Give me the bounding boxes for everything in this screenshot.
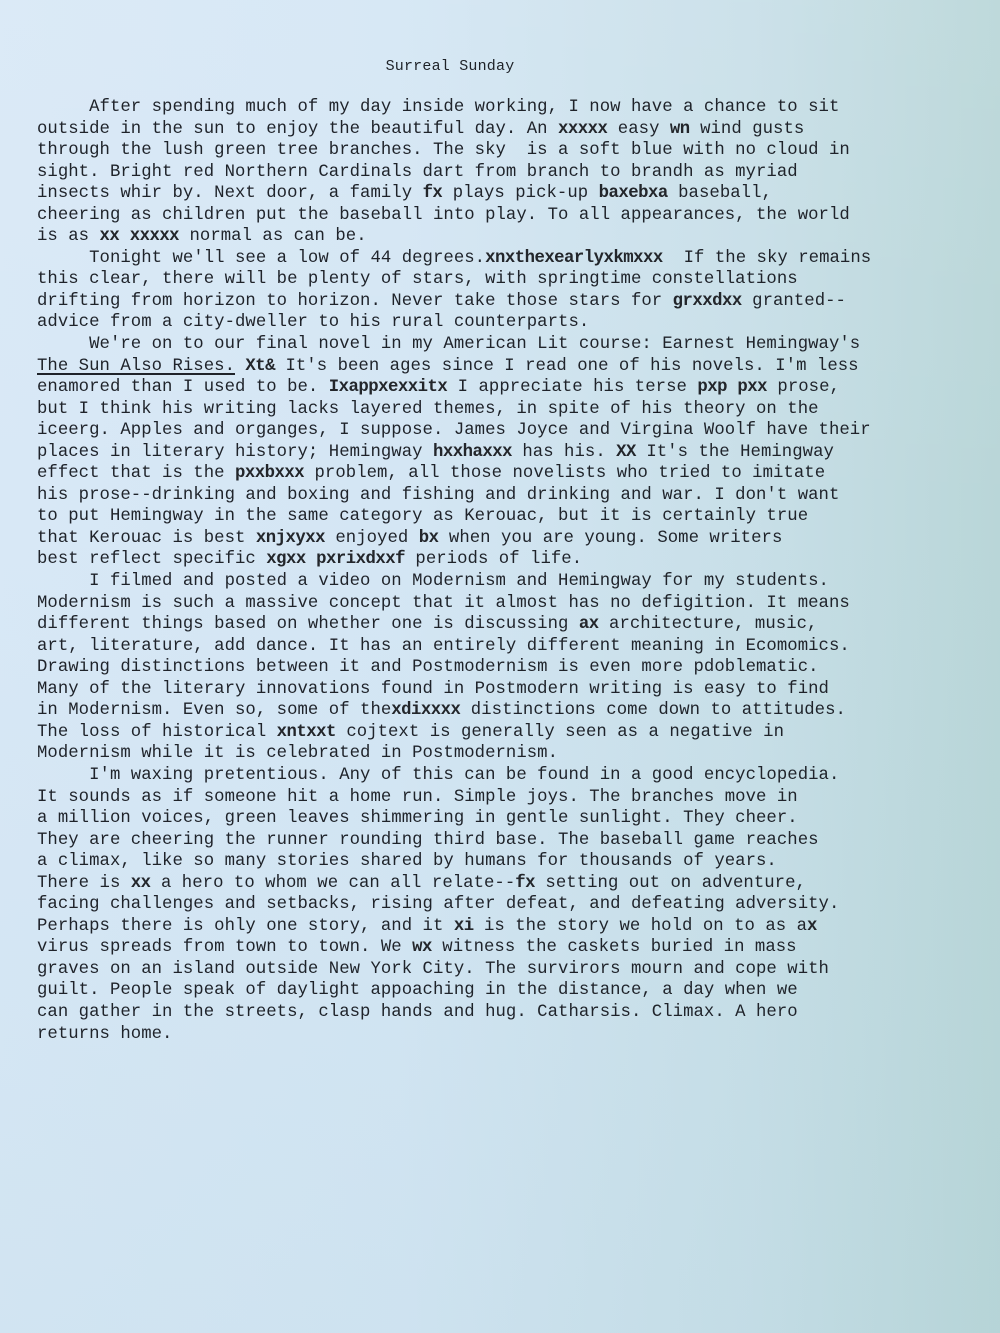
text-run: easy [607, 120, 670, 139]
text-run [119, 227, 129, 246]
struck-out-text: pxp [697, 378, 727, 397]
text-run: to put Hemingway in the same category as… [37, 507, 808, 526]
text-line: this clear, there will be plenty of star… [37, 269, 997, 291]
text-line: advice from a city-dweller to his rural … [37, 312, 997, 334]
struck-out-text: xgxx [266, 550, 305, 569]
struck-out-text: pxx [737, 378, 767, 397]
text-run: is as [37, 227, 100, 246]
text-line: I filmed and posted a video on Modernism… [37, 571, 997, 593]
text-run: It's the Hemingway [636, 443, 834, 462]
text-run: a climax, like so many stories shared by… [37, 852, 777, 871]
document-title: Surreal Sunday [0, 58, 900, 75]
text-line: that Kerouac is best xnjxyxx enjoyed bx … [37, 528, 997, 550]
text-run: virus spreads from town to town. We [37, 938, 412, 957]
text-line: sight. Bright red Northern Cardinals dar… [37, 162, 997, 184]
text-run: sight. Bright red Northern Cardinals dar… [37, 163, 798, 182]
text-line: Perhaps there is ohly one story, and it … [37, 916, 997, 938]
text-line: but I think his writing lacks layered th… [37, 399, 997, 421]
text-line: Many of the literary innovations found i… [37, 679, 997, 701]
text-run: I filmed and posted a video on Modernism… [37, 572, 829, 591]
text-line: in Modernism. Even so, some of thexdixxx… [37, 700, 997, 722]
text-run: enjoyed [325, 529, 419, 548]
text-line: cheering as children put the baseball in… [37, 205, 997, 227]
struck-out-text: xx [131, 874, 151, 893]
text-run: places in literary history; Hemingway [37, 443, 433, 462]
text-run: enamored than I used to be. [37, 378, 329, 397]
text-run: Drawing distinctions between it and Post… [37, 658, 819, 677]
text-line: After spending much of my day inside wor… [37, 97, 997, 119]
document-body: After spending much of my day inside wor… [37, 97, 997, 1045]
text-run: baseball, [668, 184, 772, 203]
text-run: Modernism is such a massive concept that… [37, 594, 850, 613]
text-run: distinctions come down to attitudes. [460, 701, 846, 720]
text-line: facing challenges and setbacks, rising a… [37, 894, 997, 916]
text-run: I appreciate his terse [447, 378, 697, 397]
text-run: his prose--drinking and boxing and fishi… [37, 486, 839, 505]
struck-out-text: ax [579, 615, 599, 634]
text-line: effect that is the pxxbxxx problem, all … [37, 463, 997, 485]
text-run: different things based on whether one is… [37, 615, 579, 634]
struck-out-text: x [807, 917, 817, 936]
text-line: virus spreads from town to town. We wx w… [37, 937, 997, 959]
text-run: I'm waxing pretentious. Any of this can … [37, 766, 839, 785]
text-run: is the story we hold on to as a [474, 917, 807, 936]
text-run: They are cheering the runner rounding th… [37, 831, 819, 850]
struck-out-text: pxrixdxxf [316, 550, 405, 569]
text-line: through the lush green tree branches. Th… [37, 140, 997, 162]
text-line: to put Hemingway in the same category as… [37, 506, 997, 528]
text-line: The Sun Also Rises. Xt& It's been ages s… [37, 356, 997, 378]
text-line: Modernism is such a massive concept that… [37, 593, 997, 615]
text-line: graves on an island outside New York Cit… [37, 959, 997, 981]
text-line: insects whir by. Next door, a family fx … [37, 183, 997, 205]
text-run: Many of the literary innovations found i… [37, 680, 829, 699]
text-run: cojtext is generally seen as a negative … [336, 723, 784, 742]
text-line: I'm waxing pretentious. Any of this can … [37, 765, 997, 787]
text-run: outside in the sun to enjoy the beautifu… [37, 120, 558, 139]
text-run: that Kerouac is best [37, 529, 256, 548]
text-line: Tonight we'll see a low of 44 degrees.xn… [37, 248, 997, 270]
struck-out-text: fx [515, 874, 535, 893]
text-line: a million voices, green leaves shimmerin… [37, 808, 997, 830]
struck-out-text: xnxthexearlyxkmxxx [485, 249, 663, 268]
text-line: outside in the sun to enjoy the beautifu… [37, 119, 997, 141]
text-line: returns home. [37, 1024, 997, 1046]
text-run: cheering as children put the baseball in… [37, 206, 850, 225]
struck-out-text: fx [423, 184, 443, 203]
text-line: art, literature, add dance. It has an en… [37, 636, 997, 658]
text-line: drifting from horizon to horizon. Never … [37, 291, 997, 313]
text-line: a climax, like so many stories shared by… [37, 851, 997, 873]
text-run: advice from a city-dweller to his rural … [37, 313, 589, 332]
text-run: when you are young. Some writers [438, 529, 782, 548]
struck-out-text: wn [670, 120, 690, 139]
text-run: through the lush green tree branches. Th… [37, 141, 850, 160]
text-run: a hero to whom we can all relate-- [151, 874, 516, 893]
text-run: The loss of historical [37, 723, 277, 742]
text-run: iceerg. Apples and organges, I suppose. … [37, 421, 871, 440]
text-line: guilt. People speak of daylight appoachi… [37, 980, 997, 1002]
struck-out-text: xntxxt [277, 723, 336, 742]
text-run: returns home. [37, 1025, 172, 1044]
text-run: Tonight we'll see a low of 44 degrees. [37, 249, 485, 268]
struck-out-text: pxxbxxx [235, 464, 304, 483]
text-run: in Modernism. Even so, some of the [37, 701, 391, 720]
text-run: drifting from horizon to horizon. Never … [37, 292, 673, 311]
text-run: effect that is the [37, 464, 235, 483]
struck-out-text: grxxdxx [673, 292, 742, 311]
text-run: normal as can be. [179, 227, 367, 246]
text-line: They are cheering the runner rounding th… [37, 830, 997, 852]
text-line: There is xx a hero to whom we can all re… [37, 873, 997, 895]
struck-out-text: xxxxx [558, 120, 607, 139]
text-run: granted-- [742, 292, 846, 311]
struck-out-text: xx [100, 227, 120, 246]
typewritten-page: Surreal Sunday After spending much of my… [0, 0, 1000, 1333]
text-line: iceerg. Apples and organges, I suppose. … [37, 420, 997, 442]
text-run: It's been ages since I read one of his n… [275, 357, 859, 376]
text-line: Drawing distinctions between it and Post… [37, 657, 997, 679]
text-run: graves on an island outside New York Cit… [37, 960, 829, 979]
text-line: enamored than I used to be. Ixappxexxitx… [37, 377, 997, 399]
struck-out-text: xdixxxx [391, 701, 460, 720]
text-run: Perhaps there is ohly one story, and it [37, 917, 454, 936]
text-run: setting out on adventure, [535, 874, 806, 893]
text-line: his prose--drinking and boxing and fishi… [37, 485, 997, 507]
struck-out-text: Ixappxexxitx [329, 378, 447, 397]
text-run: Modernism while it is celebrated in Post… [37, 744, 558, 763]
struck-out-text: xnjxyxx [256, 529, 325, 548]
text-run: witness the caskets buried in mass [432, 938, 797, 957]
text-run: wind gusts [690, 120, 805, 139]
struck-out-text: hxxhaxxx [433, 443, 512, 462]
text-run: plays pick-up [442, 184, 598, 203]
text-line: different things based on whether one is… [37, 614, 997, 636]
text-run: After spending much of my day inside wor… [37, 98, 839, 117]
text-run: art, literature, add dance. It has an en… [37, 637, 850, 656]
text-run: periods of life. [405, 550, 582, 569]
text-run: If the sky remains [663, 249, 871, 268]
text-run: We're on to our final novel in my Americ… [37, 335, 860, 354]
text-run: It sounds as if someone hit a home run. … [37, 788, 798, 807]
text-line: Modernism while it is celebrated in Post… [37, 743, 997, 765]
text-run: has his. [512, 443, 616, 462]
text-run [727, 378, 737, 397]
underlined-title: The Sun Also Rises. [37, 357, 235, 376]
text-run: can gather in the streets, clasp hands a… [37, 1003, 798, 1022]
text-run: problem, all those novelists who tried t… [304, 464, 825, 483]
text-line: The loss of historical xntxxt cojtext is… [37, 722, 997, 744]
text-run: prose, [767, 378, 840, 397]
text-run: guilt. People speak of daylight appoachi… [37, 981, 798, 1000]
text-run: a million voices, green leaves shimmerin… [37, 809, 798, 828]
struck-out-text: Xt& [245, 357, 275, 376]
struck-out-text: baxebxa [599, 184, 668, 203]
text-line: We're on to our final novel in my Americ… [37, 334, 997, 356]
text-run [235, 357, 245, 376]
text-run [306, 550, 316, 569]
text-run: architecture, music, [599, 615, 818, 634]
text-run: There is [37, 874, 131, 893]
struck-out-text: xi [454, 917, 474, 936]
struck-out-text: XX [616, 443, 636, 462]
text-line: is as xx xxxxx normal as can be. [37, 226, 997, 248]
text-run: but I think his writing lacks layered th… [37, 400, 819, 419]
text-run: best reflect specific [37, 550, 266, 569]
text-line: can gather in the streets, clasp hands a… [37, 1002, 997, 1024]
struck-out-text: bx [419, 529, 439, 548]
text-line: It sounds as if someone hit a home run. … [37, 787, 997, 809]
text-line: places in literary history; Hemingway hx… [37, 442, 997, 464]
text-run: facing challenges and setbacks, rising a… [37, 895, 839, 914]
text-run: insects whir by. Next door, a family [37, 184, 423, 203]
text-run: this clear, there will be plenty of star… [37, 270, 798, 289]
text-line: best reflect specific xgxx pxrixdxxf per… [37, 549, 997, 571]
struck-out-text: wx [412, 938, 432, 957]
struck-out-text: xxxxx [130, 227, 179, 246]
